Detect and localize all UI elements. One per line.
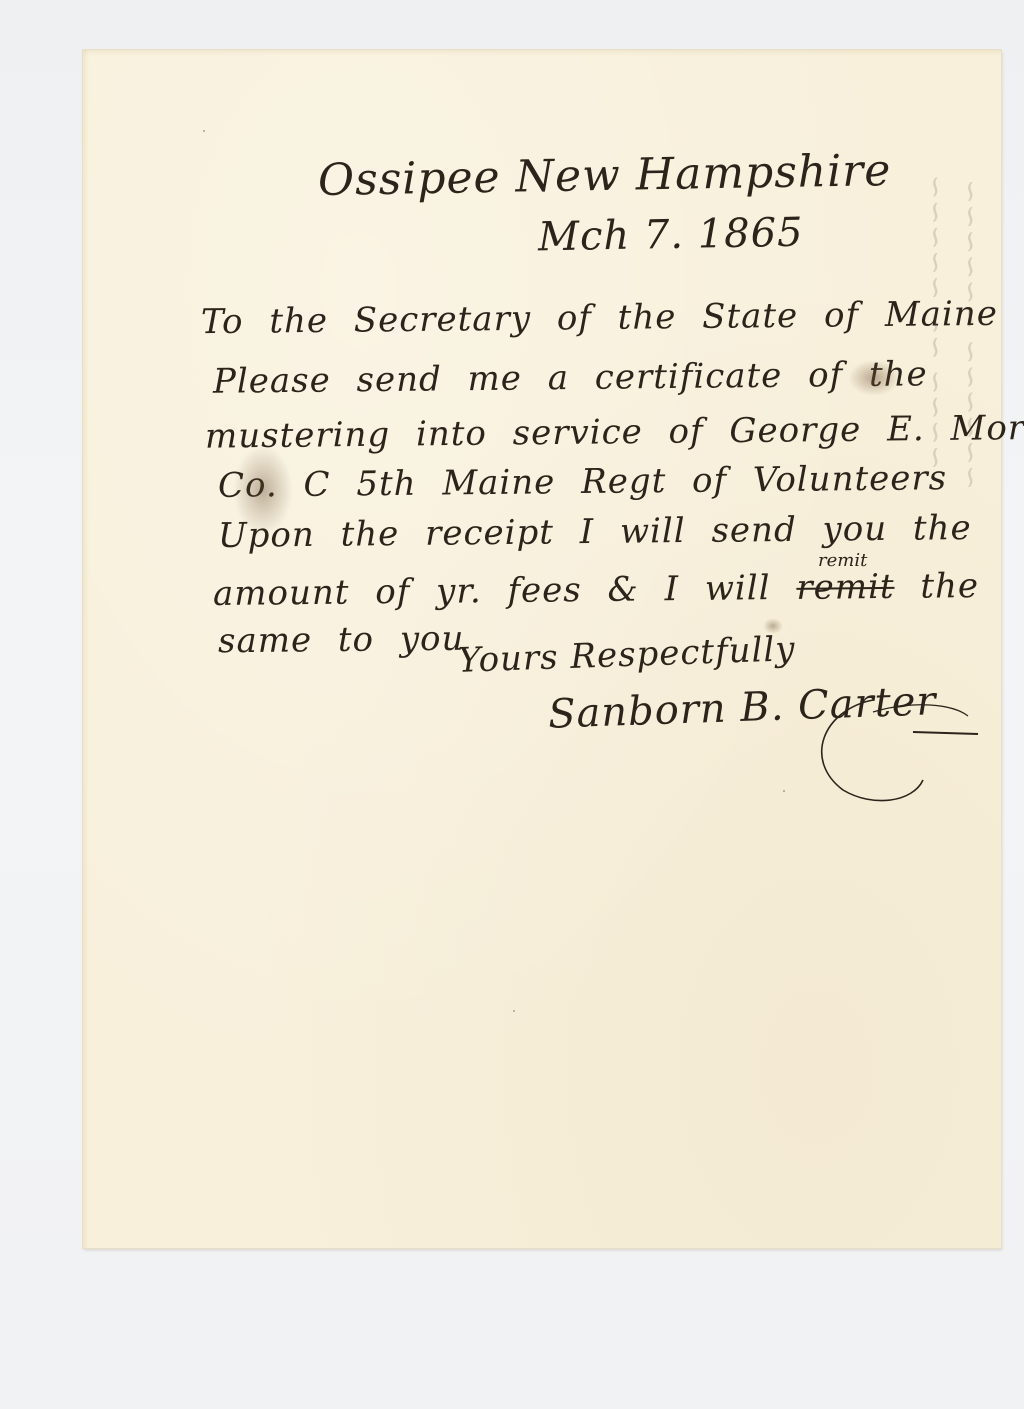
body-line: mustering into service of George E. Morg… (205, 407, 1024, 456)
body-line-with-correction: amount of yr. fees & I will remit the (213, 566, 979, 614)
struck-word: remit (796, 567, 895, 608)
paper-fleck (203, 130, 205, 132)
signature-flourish-icon (763, 690, 993, 810)
interlined-correction: remit (818, 550, 867, 571)
paper-fleck (513, 1010, 515, 1012)
body-line: Please send me a certificate of the (213, 354, 928, 401)
body-line-salutation: To the Secretary of the State of Maine (201, 294, 998, 342)
body-line-text: the (920, 566, 979, 607)
body-line: Upon the receipt I will send you the (218, 508, 972, 556)
letter-closing: Yours Respectfully (457, 629, 796, 681)
body-line: Co. C 5th Maine Regt of Volunteers (218, 458, 947, 506)
letter-place: Ossipee New Hampshire (318, 145, 892, 206)
body-line-text: amount of yr. fees & I will (213, 568, 771, 614)
body-line: same to you (218, 619, 465, 662)
paper-fleck (783, 790, 785, 792)
letter-date: Mch 7. 1865 (538, 210, 804, 261)
letter-page: Ossipee New Hampshire Mch 7. 1865 To the… (83, 50, 1001, 1248)
